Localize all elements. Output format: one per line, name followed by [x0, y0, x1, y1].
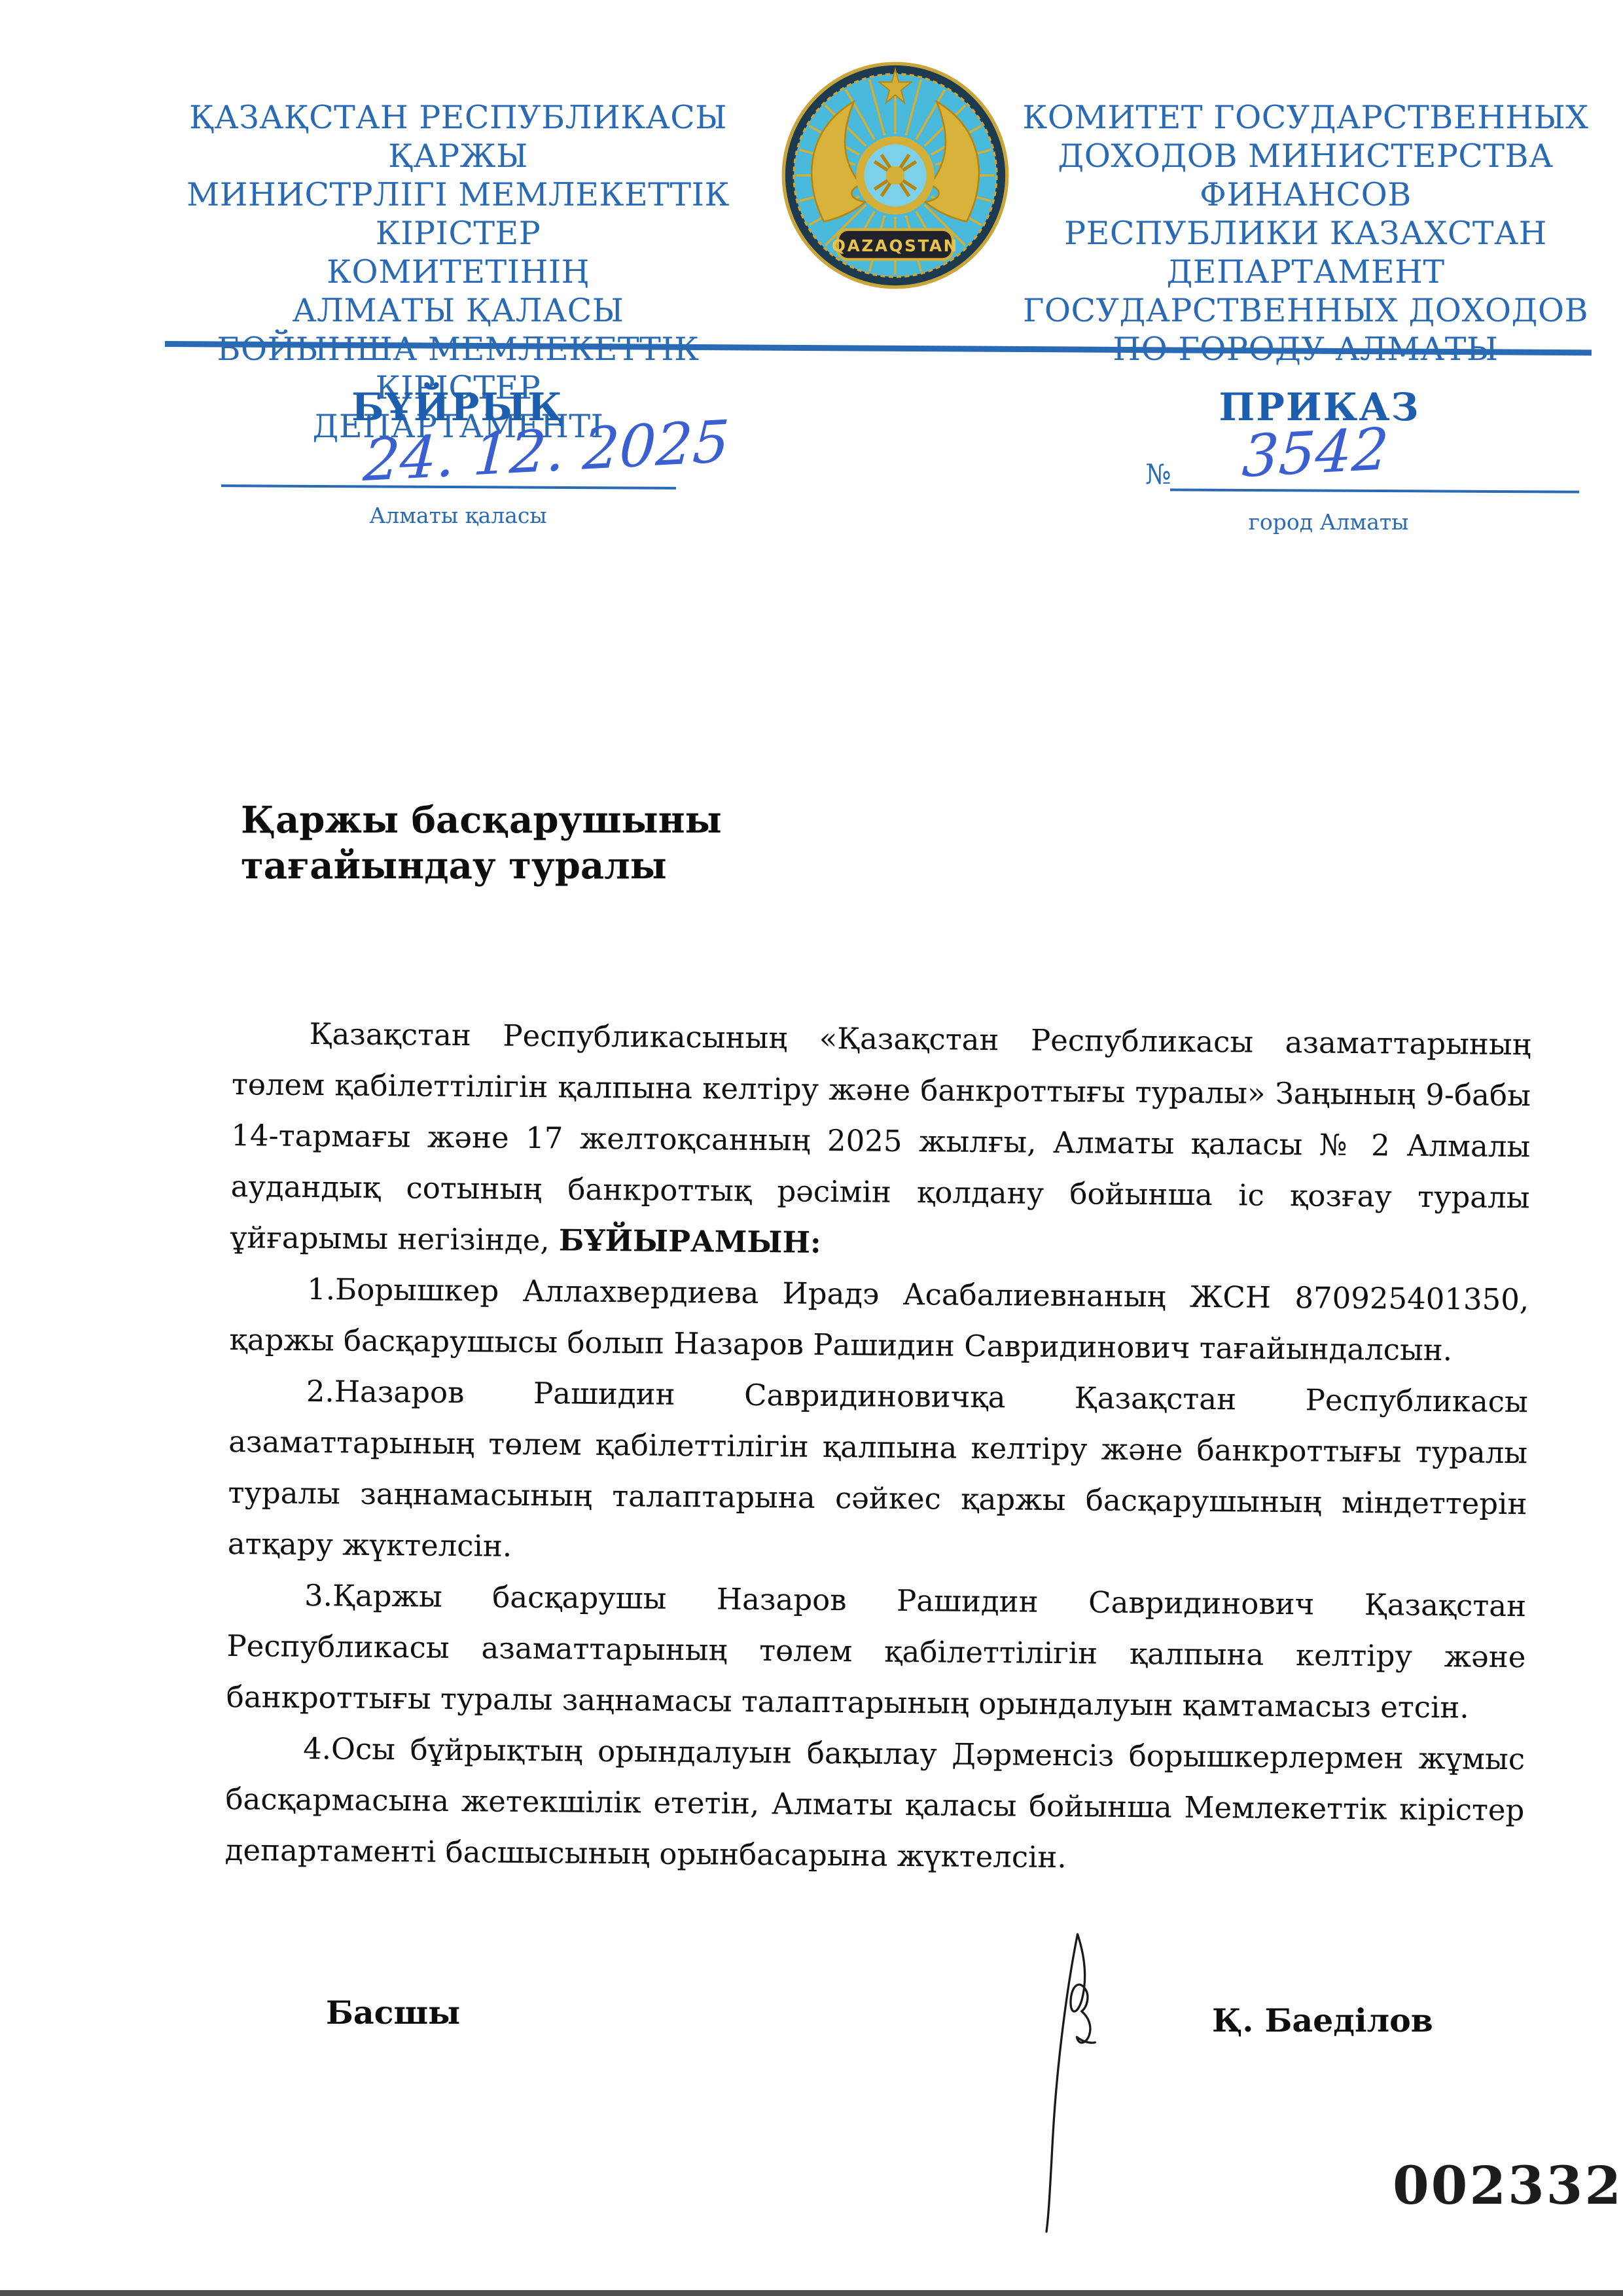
scan-edge-artifact — [0, 2290, 1623, 2296]
numero-sign: № — [1145, 458, 1171, 490]
place-label-russian: город Алматы — [1171, 509, 1486, 535]
handwritten-signature — [1018, 1928, 1116, 2238]
org-line: КОМИТЕТІНІҢ — [154, 253, 762, 291]
kazakhstan-coat-of-arms: QAZAQSTAN — [780, 60, 1010, 291]
signer-position-label: Басшы — [326, 1994, 460, 2032]
intro-paragraph: Қазақстан Республикасының «Қазақстан Рес… — [230, 1008, 1531, 1274]
org-line: МИНИСТРЛІГІ МЕМЛЕКЕТТІК КІРІСТЕР — [154, 175, 762, 253]
number-underline — [1170, 488, 1579, 493]
document-body: Қазақстан Республикасының «Қазақстан Рес… — [224, 1008, 1531, 1887]
signer-name: Қ. Баеділов — [1212, 2001, 1433, 2039]
org-line: ГОСУДАРСТВЕННЫХ ДОХОДОВ — [1011, 291, 1600, 330]
emblem-shanyrak-center — [856, 136, 935, 215]
org-name-russian: КОМИТЕТ ГОСУДАРСТВЕННЫХ ДОХОДОВ МИНИСТЕР… — [1011, 98, 1600, 368]
emblem-banner-text: QAZAQSTAN — [832, 236, 959, 255]
order-item-3: 3.Қаржы басқарушы Назаров Рашидин Саврид… — [226, 1570, 1526, 1734]
order-item-4: 4.Осы бұйрықтың орындалуын бақылау Дәрме… — [224, 1723, 1525, 1887]
intro-text: Қазақстан Республикасының «Қазақстан Рес… — [230, 1016, 1531, 1257]
order-item-2: 2.Назаров Рашидин Савридиновичқа Қазақст… — [228, 1365, 1529, 1581]
document-title-line: тағайындау туралы — [241, 843, 722, 889]
emblem-graphic: QAZAQSTAN — [780, 60, 1010, 291]
order-verb: БҰЙЫРАМЫН: — [559, 1223, 821, 1259]
signature-graphic — [1018, 1928, 1116, 2238]
document-title-line: Қаржы басқарушыны — [241, 797, 722, 843]
document-title: Қаржы басқарушыны тағайындау туралы — [241, 797, 722, 889]
handwritten-order-number: 3542 — [1222, 414, 1408, 491]
order-item-1: 1.Борышкер Аллахвердиева Ирадэ Асабалиев… — [229, 1263, 1529, 1376]
org-line: ДЕПАРТАМЕНТ — [1011, 253, 1600, 291]
org-line: ҚАЗАҚСТАН РЕСПУБЛИКАСЫ ҚАРЖЫ — [154, 98, 762, 175]
form-serial-number: 002332 — [1393, 2155, 1623, 2216]
emblem-banner: QAZAQSTAN — [832, 230, 959, 260]
org-line: РЕСПУБЛИКИ КАЗАХСТАН — [1011, 214, 1600, 253]
scanned-order-page: ҚАЗАҚСТАН РЕСПУБЛИКАСЫ ҚАРЖЫ МИНИСТРЛІГІ… — [0, 0, 1623, 2296]
org-line: АЛМАТЫ ҚАЛАСЫ — [154, 291, 762, 330]
org-line: ДОХОДОВ МИНИСТЕРСТВА ФИНАНСОВ — [1011, 137, 1600, 214]
place-label-kazakh: Алматы қаласы — [301, 503, 615, 528]
org-line: КОМИТЕТ ГОСУДАРСТВЕННЫХ — [1011, 98, 1600, 137]
